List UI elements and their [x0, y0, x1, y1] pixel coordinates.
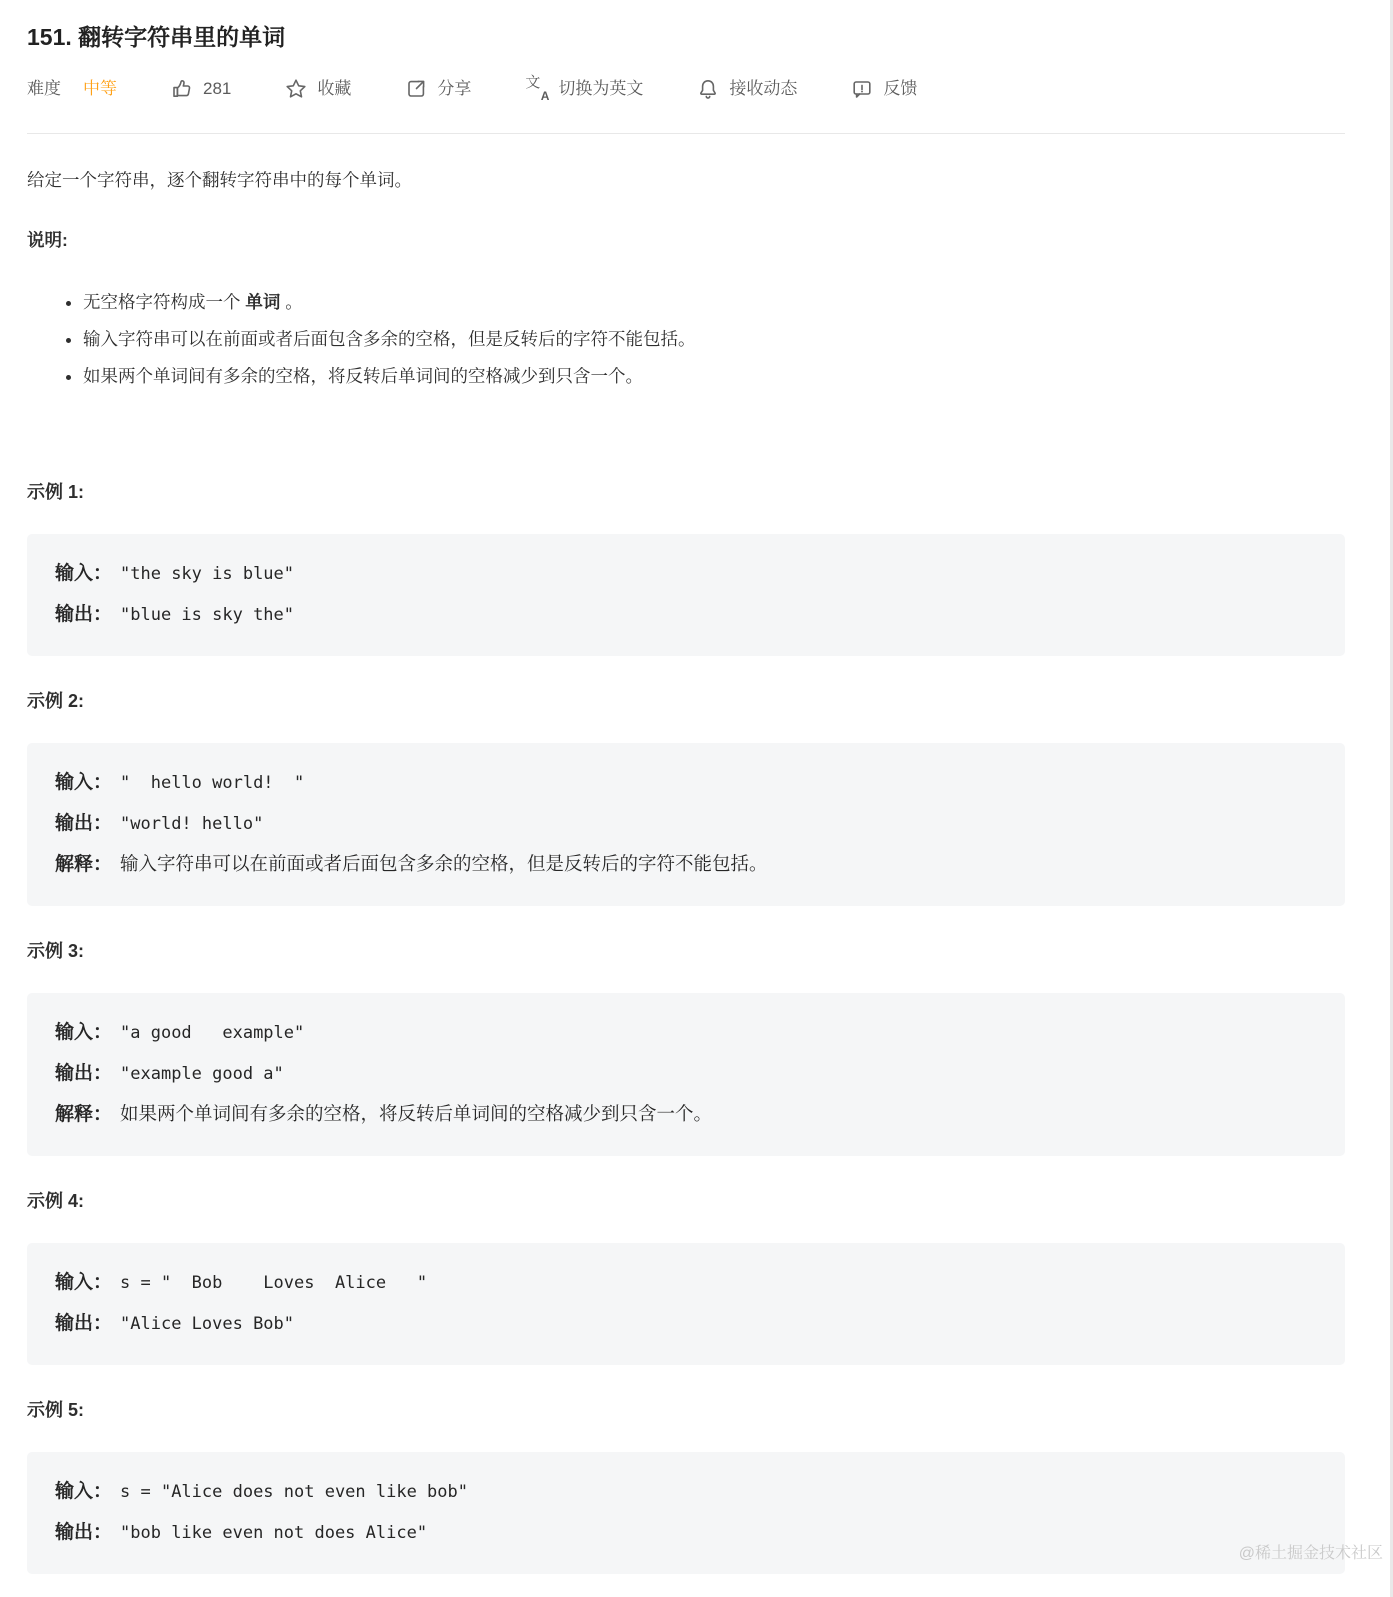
notes-heading: 说明: — [27, 227, 1345, 254]
feedback-button[interactable]: 反馈 — [851, 76, 917, 102]
share-label: 分享 — [437, 76, 471, 102]
input-value: " hello world! " — [120, 773, 304, 793]
explanation-label: 解释： — [55, 854, 112, 875]
favorite-label: 收藏 — [317, 76, 351, 102]
output-value: "example good a" — [120, 1064, 284, 1084]
like-button[interactable]: 281 — [171, 76, 231, 102]
input-label: 输入： — [55, 1272, 112, 1293]
example-5-heading: 示例 5: — [27, 1397, 1345, 1423]
output-label: 输出： — [55, 1313, 112, 1334]
example-1-codeblock: 输入："the sky is blue" 输出："blue is sky the… — [27, 534, 1345, 656]
problem-description: 给定一个字符串，逐个翻转字符串中的每个单词。 — [27, 167, 1345, 194]
example-4-codeblock: 输入：s = " Bob Loves Alice " 输出："Alice Lov… — [27, 1243, 1345, 1365]
speech-bubble-icon — [851, 78, 873, 100]
example-1-heading: 示例 1: — [27, 479, 1345, 505]
switch-language-label: 切换为英文 — [558, 76, 643, 102]
input-value: "a good example" — [120, 1023, 304, 1043]
code-line-input: 输入：" hello world! " — [55, 763, 1317, 804]
code-line-output: 输出："blue is sky the" — [55, 595, 1317, 636]
input-label: 输入： — [55, 1481, 112, 1502]
example-5-codeblock: 输入：s = "Alice does not even like bob" 输出… — [27, 1452, 1345, 1574]
translate-icon: 文 A — [525, 78, 548, 100]
feedback-label: 反馈 — [883, 76, 917, 102]
note-item: 无空格字符构成一个 单词 。 — [83, 284, 1345, 321]
note-item: 输入字符串可以在前面或者后面包含多余的空格，但是反转后的字符不能包括。 — [83, 321, 1345, 358]
share-icon — [405, 78, 427, 100]
code-line-explanation: 解释：输入字符串可以在前面或者后面包含多余的空格，但是反转后的字符不能包括。 — [55, 845, 1317, 886]
output-label: 输出： — [55, 813, 112, 834]
code-line-output: 输出："bob like even not does Alice" — [55, 1513, 1317, 1554]
note-item: 如果两个单词间有多余的空格，将反转后单词间的空格减少到只含一个。 — [83, 358, 1345, 395]
difficulty: 难度 中等 — [27, 76, 117, 102]
input-label: 输入： — [55, 1022, 112, 1043]
problem-page: 151. 翻转字符串里的单词 难度 中等 281 收藏 — [0, 0, 1393, 1574]
explanation-value: 输入字符串可以在前面或者后面包含多余的空格，但是反转后的字符不能包括。 — [120, 855, 768, 875]
share-button[interactable]: 分享 — [405, 76, 471, 102]
input-label: 输入： — [55, 772, 112, 793]
code-line-input: 输入："a good example" — [55, 1013, 1317, 1054]
code-line-input: 输入：s = " Bob Loves Alice " — [55, 1263, 1317, 1304]
code-line-explanation: 解释：如果两个单词间有多余的空格，将反转后单词间的空格减少到只含一个。 — [55, 1095, 1317, 1136]
input-value: s = " Bob Loves Alice " — [120, 1273, 427, 1293]
output-label: 输出： — [55, 1063, 112, 1084]
like-count: 281 — [203, 76, 231, 102]
notes-list: 无空格字符构成一个 单词 。 输入字符串可以在前面或者后面包含多余的空格，但是反… — [27, 284, 1345, 395]
input-value: s = "Alice does not even like bob" — [120, 1482, 468, 1502]
output-value: "blue is sky the" — [120, 605, 294, 625]
example-4-heading: 示例 4: — [27, 1188, 1345, 1214]
example-2-codeblock: 输入：" hello world! " 输出："world! hello" 解释… — [27, 743, 1345, 906]
difficulty-badge: 中等 — [83, 76, 117, 102]
difficulty-label: 难度 — [27, 76, 61, 102]
thumbs-up-icon — [171, 78, 193, 100]
bell-icon — [697, 78, 719, 100]
subscribe-label: 接收动态 — [729, 76, 797, 102]
example-3-codeblock: 输入："a good example" 输出："example good a" … — [27, 993, 1345, 1156]
output-value: "world! hello" — [120, 814, 263, 834]
subscribe-button[interactable]: 接收动态 — [697, 76, 797, 102]
watermark: @稀土掘金技术社区 — [1239, 1540, 1383, 1563]
code-line-output: 输出："Alice Loves Bob" — [55, 1304, 1317, 1345]
output-label: 输出： — [55, 604, 112, 625]
page-title: 151. 翻转字符串里的单词 — [27, 22, 1345, 52]
input-value: "the sky is blue" — [120, 564, 294, 584]
star-icon — [285, 78, 307, 100]
example-2-heading: 示例 2: — [27, 688, 1345, 714]
code-line-input: 输入："the sky is blue" — [55, 554, 1317, 595]
divider — [27, 133, 1345, 134]
code-line-output: 输出："example good a" — [55, 1054, 1317, 1095]
output-value: "Alice Loves Bob" — [120, 1314, 294, 1334]
explanation-value: 如果两个单词间有多余的空格，将反转后单词间的空格减少到只含一个。 — [120, 1105, 712, 1125]
code-line-output: 输出："world! hello" — [55, 804, 1317, 845]
meta-bar: 难度 中等 281 收藏 — [27, 76, 1345, 102]
explanation-label: 解释： — [55, 1104, 112, 1125]
output-value: "bob like even not does Alice" — [120, 1523, 427, 1543]
code-line-input: 输入：s = "Alice does not even like bob" — [55, 1472, 1317, 1513]
favorite-button[interactable]: 收藏 — [285, 76, 351, 102]
example-3-heading: 示例 3: — [27, 938, 1345, 964]
input-label: 输入： — [55, 563, 112, 584]
output-label: 输出： — [55, 1522, 112, 1543]
switch-language-button[interactable]: 文 A 切换为英文 — [525, 76, 643, 102]
